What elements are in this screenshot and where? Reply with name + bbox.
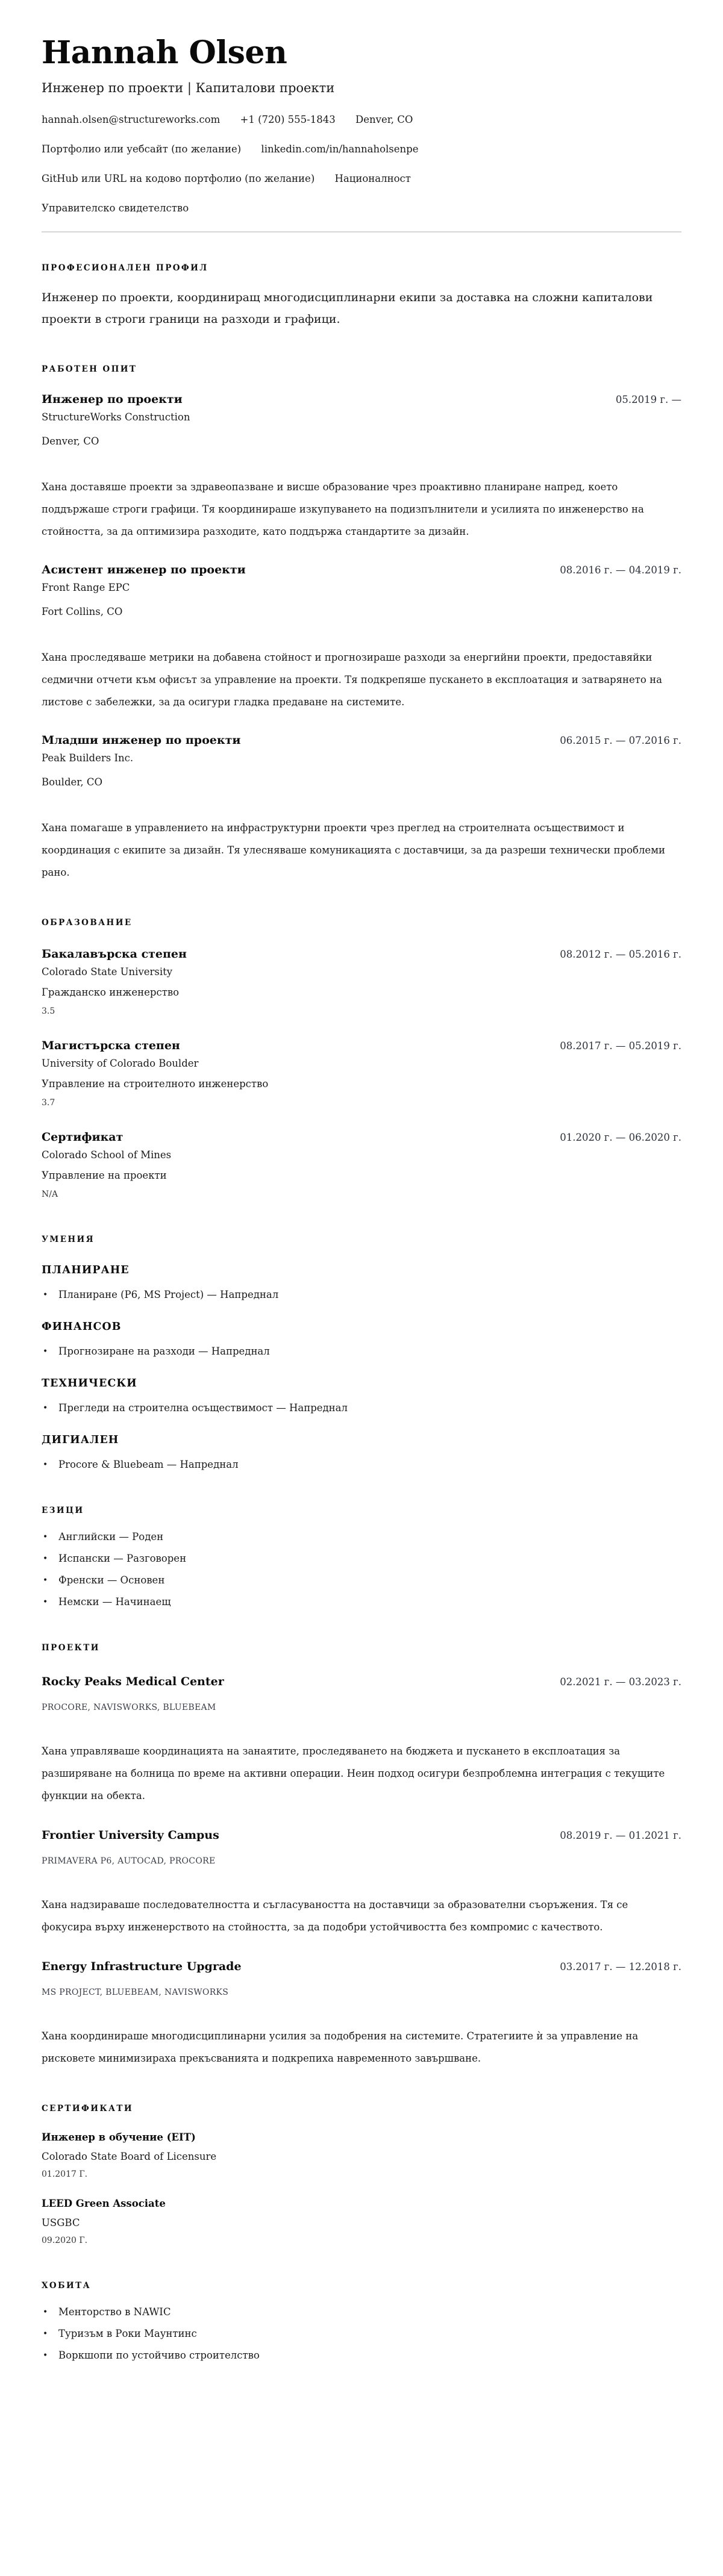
certification-issuer: USGBC	[42, 2216, 681, 2230]
project-tech: MS PROJECT, BLUEBEAM, NAVISWORKS	[42, 1986, 681, 1998]
language-item: •Френски — Основен	[42, 1574, 681, 1587]
education-entry: Сертификат 01.2020 г. — 06.2020 г. Color…	[42, 1129, 681, 1200]
language-item: •Испански — Разговорен	[42, 1552, 681, 1565]
education-section: Образование Бакалавърска степен 08.2012 …	[42, 917, 681, 1200]
degree-title: Магистърска степен	[42, 1038, 180, 1053]
experience-entry: Асистент инженер по проекти 08.2016 г. —…	[42, 562, 681, 713]
hobby-item: •Воркшопи по устойчиво строителство	[42, 2349, 681, 2362]
project-dates: 03.2017 г. — 12.2018 г.	[560, 1960, 681, 1974]
location-text: Denver, CO	[355, 114, 413, 125]
skill-list: •Прогнозиране на разходи — Напреднал	[42, 1345, 681, 1358]
school-name: Colorado State University	[42, 965, 681, 979]
project-name: Rocky Peaks Medical Center	[42, 1674, 224, 1689]
bullet-icon: •	[43, 2306, 48, 2319]
profile-section: Професионален профил Инженер по проекти,…	[42, 263, 681, 330]
school-name: Colorado School of Mines	[42, 1149, 681, 1162]
project-name: Frontier University Campus	[42, 1827, 219, 1843]
gpa-value: N/A	[42, 1188, 681, 1200]
job-dates: 06.2015 г. — 07.2016 г.	[560, 734, 681, 747]
skill-item: •Procore & Bluebeam — Напреднал	[42, 1458, 681, 1471]
header-divider	[42, 231, 681, 232]
skills-section: Умения Планиране •Планиране (P6, MS Proj…	[42, 1234, 681, 1471]
job-dates: 05.2019 г. —	[616, 393, 681, 407]
bullet-icon: •	[43, 1402, 48, 1415]
section-title-hobbies: Хобита	[42, 2280, 681, 2291]
certifications-section: Сертификати Инженер в обучение (EIT) Col…	[42, 2103, 681, 2247]
project-entry: Rocky Peaks Medical Center 02.2021 г. — …	[42, 1674, 681, 1807]
skill-list: •Прегледи на строителна осъществимост — …	[42, 1402, 681, 1415]
candidate-name: Hannah Olsen	[42, 35, 681, 71]
profile-summary: Инженер по проекти, координиращ многодис…	[42, 287, 681, 330]
contact-row: hannah.olsen@structureworks.com +1 (720)…	[42, 113, 681, 126]
bullet-icon: •	[43, 1574, 48, 1587]
bullet-icon: •	[43, 1458, 48, 1471]
contact-row: Управителско свидетелство	[42, 202, 681, 215]
project-tech: PROCORE, NAVISWORKS, BLUEBEAM	[42, 1701, 681, 1714]
drivers-license-placeholder: Управителско свидетелство	[42, 202, 189, 214]
certification-date: 01.2017 Г.	[42, 2168, 681, 2180]
skill-group-title: Планиране	[42, 1263, 681, 1277]
job-description: Хана доставяше проекти за здравеопазване…	[42, 476, 681, 543]
skill-item: •Прегледи на строителна осъществимост — …	[42, 1402, 681, 1415]
skill-list: •Планиране (P6, MS Project) — Напреднал	[42, 1288, 681, 1302]
education-entry: Бакалавърска степен 08.2012 г. — 05.2016…	[42, 946, 681, 1017]
project-dates: 02.2021 г. — 03.2023 г.	[560, 1676, 681, 1689]
skill-item: •Планиране (P6, MS Project) — Напреднал	[42, 1288, 681, 1302]
portfolio-placeholder: Портфолио или уебсайт (по желание)	[42, 143, 241, 155]
project-name: Energy Infrastructure Upgrade	[42, 1959, 242, 1974]
company-name: StructureWorks Construction	[42, 411, 681, 424]
section-title-profile: Професионален профил	[42, 263, 681, 273]
skill-group: Технически •Прегледи на строителна осъще…	[42, 1376, 681, 1415]
projects-section: Проекти Rocky Peaks Medical Center 02.20…	[42, 1642, 681, 2069]
project-entry: Energy Infrastructure Upgrade 03.2017 г.…	[42, 1959, 681, 2069]
language-item: •Немски — Начинаещ	[42, 1595, 681, 1609]
skill-list: •Procore & Bluebeam — Напреднал	[42, 1458, 681, 1471]
skill-group-title: Дигиален	[42, 1433, 681, 1447]
job-location: Fort Collins, CO	[42, 605, 681, 619]
github-placeholder: GitHub или URL на кодово портфолио (по ж…	[42, 173, 315, 184]
certification-name: Инженер в обучение (EIT)	[42, 2131, 681, 2144]
job-description: Хана помагаше в управлението на инфрастр…	[42, 817, 681, 884]
education-dates: 08.2017 г. — 05.2019 г.	[560, 1040, 681, 1053]
certification-entry: Инженер в обучение (EIT) Colorado State …	[42, 2131, 681, 2180]
bullet-icon: •	[43, 1288, 48, 1302]
hobbies-section: Хобита •Менторство в NAWIC •Туризъм в Ро…	[42, 2280, 681, 2362]
contact-row: Портфолио или уебсайт (по желание) linke…	[42, 143, 681, 156]
education-entry: Магистърска степен 08.2017 г. — 05.2019 …	[42, 1038, 681, 1109]
job-title: Младши инженер по проекти	[42, 732, 240, 748]
field-of-study: Управление на строителното инженерство	[42, 1077, 681, 1091]
school-name: University of Colorado Boulder	[42, 1057, 681, 1070]
job-dates: 08.2016 г. — 04.2019 г.	[560, 564, 681, 577]
language-item: •Английски — Роден	[42, 1530, 681, 1544]
education-dates: 01.2020 г. — 06.2020 г.	[560, 1131, 681, 1144]
bullet-icon: •	[43, 1530, 48, 1544]
resume-page: Hannah Olsen Инженер по проекти | Капита…	[0, 0, 723, 2398]
project-description: Хана координираше многодисциплинарни уси…	[42, 2025, 681, 2069]
certification-date: 09.2020 Г.	[42, 2235, 681, 2247]
nationality-placeholder: Националност	[335, 173, 411, 184]
certification-issuer: Colorado State Board of Licensure	[42, 2150, 681, 2163]
experience-entry: Инженер по проекти 05.2019 г. — Structur…	[42, 391, 681, 543]
job-title: Асистент инженер по проекти	[42, 562, 246, 578]
gpa-value: 3.5	[42, 1005, 681, 1017]
resume-header: Hannah Olsen Инженер по проекти | Капита…	[42, 35, 681, 232]
certification-name: LEED Green Associate	[42, 2197, 681, 2210]
bullet-icon: •	[43, 1595, 48, 1609]
project-description: Хана управляваше координацията на занаят…	[42, 1740, 681, 1807]
company-name: Front Range EPC	[42, 581, 681, 594]
project-dates: 08.2019 г. — 01.2021 г.	[560, 1829, 681, 1842]
skill-group: Планиране •Планиране (P6, MS Project) — …	[42, 1263, 681, 1302]
contact-row: GitHub или URL на кодово портфолио (по ж…	[42, 172, 681, 186]
experience-section: Работен опит Инженер по проекти 05.2019 …	[42, 364, 681, 884]
section-title-skills: Умения	[42, 1234, 681, 1245]
section-title-experience: Работен опит	[42, 364, 681, 375]
section-title-certifications: Сертификати	[42, 2103, 681, 2114]
skill-group-title: Финансов	[42, 1320, 681, 1334]
job-description: Хана проследяваше метрики на добавена ст…	[42, 646, 681, 713]
project-entry: Frontier University Campus 08.2019 г. — …	[42, 1827, 681, 1938]
bullet-icon: •	[43, 2327, 48, 2341]
bullet-icon: •	[43, 1345, 48, 1358]
education-dates: 08.2012 г. — 05.2016 г.	[560, 948, 681, 961]
languages-section: Езици •Английски — Роден •Испански — Раз…	[42, 1505, 681, 1609]
email-link[interactable]: hannah.olsen@structureworks.com	[42, 114, 220, 125]
candidate-headline: Инженер по проекти | Капиталови проекти	[42, 80, 681, 96]
job-location: Boulder, CO	[42, 776, 681, 789]
certification-entry: LEED Green Associate USGBC 09.2020 Г.	[42, 2197, 681, 2247]
experience-entry: Младши инженер по проекти 06.2015 г. — 0…	[42, 732, 681, 884]
field-of-study: Гражданско инженерство	[42, 986, 681, 999]
language-list: •Английски — Роден •Испански — Разговоре…	[42, 1530, 681, 1609]
field-of-study: Управление на проекти	[42, 1169, 681, 1182]
skill-group-title: Технически	[42, 1376, 681, 1391]
gpa-value: 3.7	[42, 1097, 681, 1109]
project-description: Хана надзираваше последователността и съ…	[42, 1894, 681, 1938]
job-title: Инженер по проекти	[42, 391, 183, 407]
job-location: Denver, CO	[42, 435, 681, 448]
section-title-education: Образование	[42, 917, 681, 928]
section-title-languages: Езици	[42, 1505, 681, 1516]
bullet-icon: •	[43, 2349, 48, 2362]
skill-item: •Прогнозиране на разходи — Напреднал	[42, 1345, 681, 1358]
degree-title: Бакалавърска степен	[42, 946, 187, 962]
skill-group: Финансов •Прогнозиране на разходи — Напр…	[42, 1320, 681, 1358]
project-tech: PRIMAVERA P6, AUTOCAD, PROCORE	[42, 1855, 681, 1867]
phone-number[interactable]: +1 (720) 555-1843	[240, 114, 336, 125]
company-name: Peak Builders Inc.	[42, 752, 681, 765]
degree-title: Сертификат	[42, 1129, 123, 1145]
hobby-item: •Туризъм в Роки Маунтинс	[42, 2327, 681, 2341]
contact-block: hannah.olsen@structureworks.com +1 (720)…	[42, 113, 681, 215]
section-title-projects: Проекти	[42, 1642, 681, 1653]
bullet-icon: •	[43, 1552, 48, 1565]
hobby-item: •Менторство в NAWIC	[42, 2306, 681, 2319]
linkedin-link[interactable]: linkedin.com/in/hannaholsenpe	[261, 143, 418, 155]
hobby-list: •Менторство в NAWIC •Туризъм в Роки Маун…	[42, 2306, 681, 2362]
skill-group: Дигиален •Procore & Bluebeam — Напреднал	[42, 1433, 681, 1471]
